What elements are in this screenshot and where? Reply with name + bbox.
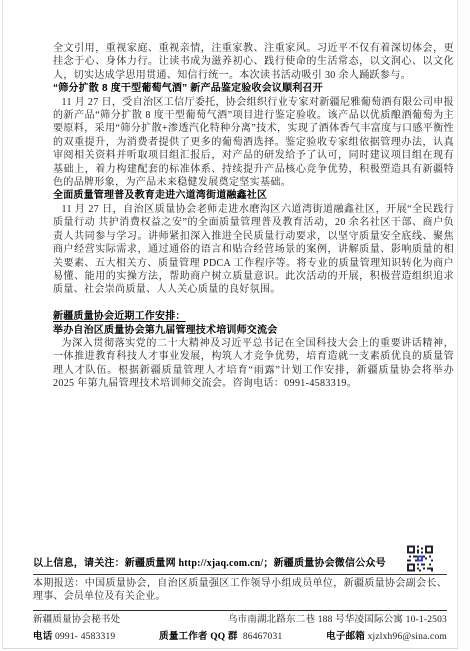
- distribution-list: 本期报送：中国质量协会，自治区质量强区工作领导小组成员单位，新疆质量协会副会长、…: [33, 577, 447, 603]
- secretariat-name: 新疆质量协会秘书处: [33, 614, 120, 627]
- notice-row: 以上信息，请关注：新疆质量网 http://xjaq.com.cn/；新疆质量协…: [33, 558, 447, 570]
- heading-upcoming-work-schedule: 新疆质量协会近期工作安排：: [53, 310, 454, 323]
- email-address: xjzlxh96@sina.com: [368, 632, 447, 642]
- phone-label: 电话: [33, 632, 52, 642]
- heading-trainer-exchange-meeting: 举办自治区质量协会第九届管理技术培训师交流会: [53, 324, 454, 337]
- wechat-qr-code-icon: [407, 545, 433, 572]
- qq-group-contact: 质量工作者 QQ 群 86467031: [159, 631, 282, 644]
- qq-group-number: 86467031: [243, 632, 283, 642]
- paragraph-reading-activity: 全文引用，重视家庭、重视亲情，注重家教、注重家风。习近平不仅有着深切体会，更挂念…: [53, 42, 454, 82]
- paragraph-new-product-appraisal: 11 月 27 日，受自治区工信厅委托，协会组织行业专家对新疆尼雅葡萄酒有限公司…: [53, 96, 454, 190]
- qq-group-label: 质量工作者 QQ 群: [159, 632, 238, 642]
- footer-row-org-address: 新疆质量协会秘书处 乌市南湖北路东二巷 188 号华凌国际公寓 10-1-250…: [33, 614, 447, 627]
- heading-new-product-appraisal: “筛分扩散 8 度干型葡萄气酒” 新产品鉴定验收会议顺利召开: [53, 82, 454, 95]
- paragraph-community-education: 11 月 27 日，自治区质量协会老师走进水磨沟区六道湾街道融鑫社区，开展“全民…: [53, 203, 454, 297]
- paragraph-trainer-exchange-meeting: 为深入贯彻落实党的二十大精神及习近平总书记在全国科技大会上的重要讲话精神，一体推…: [53, 337, 454, 391]
- notice-text: 以上信息，请关注：新疆质量网 http://xjaq.com.cn/；新疆质量协…: [33, 558, 386, 569]
- phone-number: 0991- 4583319: [55, 632, 115, 642]
- divider-thick: [33, 610, 447, 611]
- email-contact: 电子邮箱 xjzlxh96@sina.com: [326, 631, 447, 644]
- divider-thin: [33, 574, 447, 575]
- heading-community-education: 全面质量管理普及教育走进六道湾街道融鑫社区: [53, 189, 454, 202]
- email-label: 电子邮箱: [326, 632, 365, 642]
- newsletter-body: 全文引用，重视家庭、重视亲情，注重家教、注重家风。习近平不仅有着深切体会，更挂念…: [53, 42, 454, 391]
- phone-contact: 电话 0991- 4583319: [33, 631, 115, 644]
- document-page: 全文引用，重视家庭、重视亲情，注重家教、注重家风。习近平不仅有着深切体会，更挂念…: [2, 0, 458, 649]
- newsletter-footer-block: 以上信息，请关注：新疆质量网 http://xjaq.com.cn/；新疆质量协…: [33, 558, 447, 644]
- spacer-line: [53, 297, 454, 310]
- footer-row-contacts: 电话 0991- 4583319 质量工作者 QQ 群 86467031 电子邮…: [33, 631, 447, 644]
- office-address: 乌市南湖北路东二巷 188 号华凌国际公寓 10-1-2503: [228, 614, 447, 627]
